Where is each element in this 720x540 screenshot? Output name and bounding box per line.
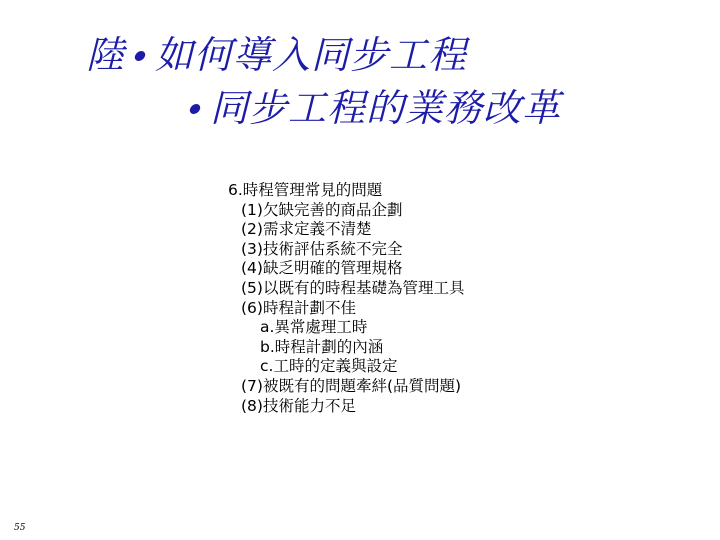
slide-title-line-1: 陸如何導入同步工程: [86, 33, 467, 77]
list-item: (8)技術能力不足: [228, 397, 464, 417]
list-item: (3)技術評估系統不完全: [228, 240, 464, 260]
list-item: (4)缺乏明確的管理規格: [228, 259, 464, 279]
page-number: 55: [14, 523, 25, 533]
bullet-icon: [134, 51, 147, 61]
list-item: (1)欠缺完善的商品企劃: [228, 201, 464, 221]
title-chapter-prefix: 陸: [86, 33, 125, 77]
title-text: 如何導入同步工程: [155, 33, 467, 77]
subtitle-text: 同步工程的業務改革: [210, 86, 561, 130]
list-item: (7)被既有的問題牽絆(品質問題): [228, 377, 464, 397]
list-item: (5)以既有的時程基礎為管理工具: [228, 279, 464, 299]
list-item: a.異常處理工時: [228, 318, 464, 338]
body-list: 6.時程管理常見的問題 (1)欠缺完善的商品企劃 (2)需求定義不清楚 (3)技…: [228, 181, 464, 416]
bullet-icon: [189, 104, 202, 114]
list-item: (2)需求定義不清楚: [228, 220, 464, 240]
list-item: 6.時程管理常見的問題: [228, 181, 464, 201]
list-item: b.時程計劃的內涵: [228, 338, 464, 358]
list-item: c.工時的定義與設定: [228, 357, 464, 377]
slide-title-line-2: 同步工程的業務改革: [180, 86, 561, 130]
list-item: (6)時程計劃不佳: [228, 299, 464, 319]
